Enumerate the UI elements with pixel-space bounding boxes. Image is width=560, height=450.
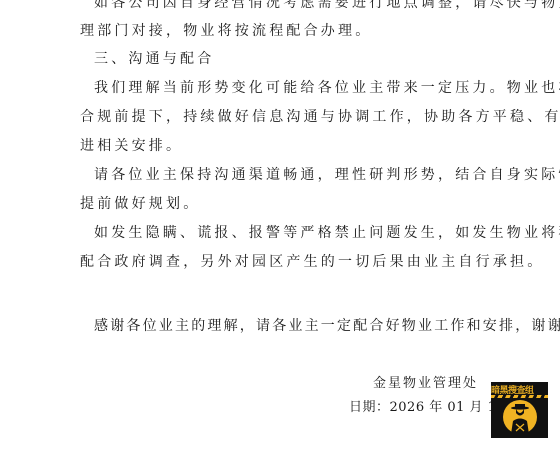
body-line-1: 如各公司因自身经营情况考虑需要进行地点调整，请尽快与物业管: [94, 0, 560, 11]
watermark-logo: 暗黑搜查组: [491, 382, 548, 438]
body-line-8: 提前做好规划。: [80, 196, 200, 212]
body-line-6: 进相关安排。: [80, 138, 183, 154]
body-line-9: 如发生隐瞒、谎报、报警等严格禁止问题发生，如发生物业将积极: [94, 225, 560, 241]
body-line-2: 理部门对接，物业将按流程配合办理。: [80, 23, 372, 39]
caution-stripe: [491, 395, 548, 398]
body-line-4: 我们理解当前形势变化可能给各位业主带来一定压力。物业也将在: [94, 80, 560, 96]
body-line-7: 请各位业主保持沟通渠道畅通，理性研判形势，结合自身实际情况，: [94, 167, 560, 183]
signature: 金星物业管理处: [373, 376, 478, 392]
section-heading-communication: 三、沟通与配合: [94, 51, 214, 67]
thanks-line: 感谢各位业主的理解，请各业主一定配合好物业工作和安排，谢谢。: [94, 318, 560, 334]
body-line-10: 配合政府调查，另外对园区产生的一切后果由业主自行承担。: [80, 254, 544, 270]
hooded-figure-icon: [510, 404, 530, 434]
body-line-5: 合规前提下，持续做好信息沟通与协调工作，协助各方平稳、有序推: [80, 109, 560, 125]
